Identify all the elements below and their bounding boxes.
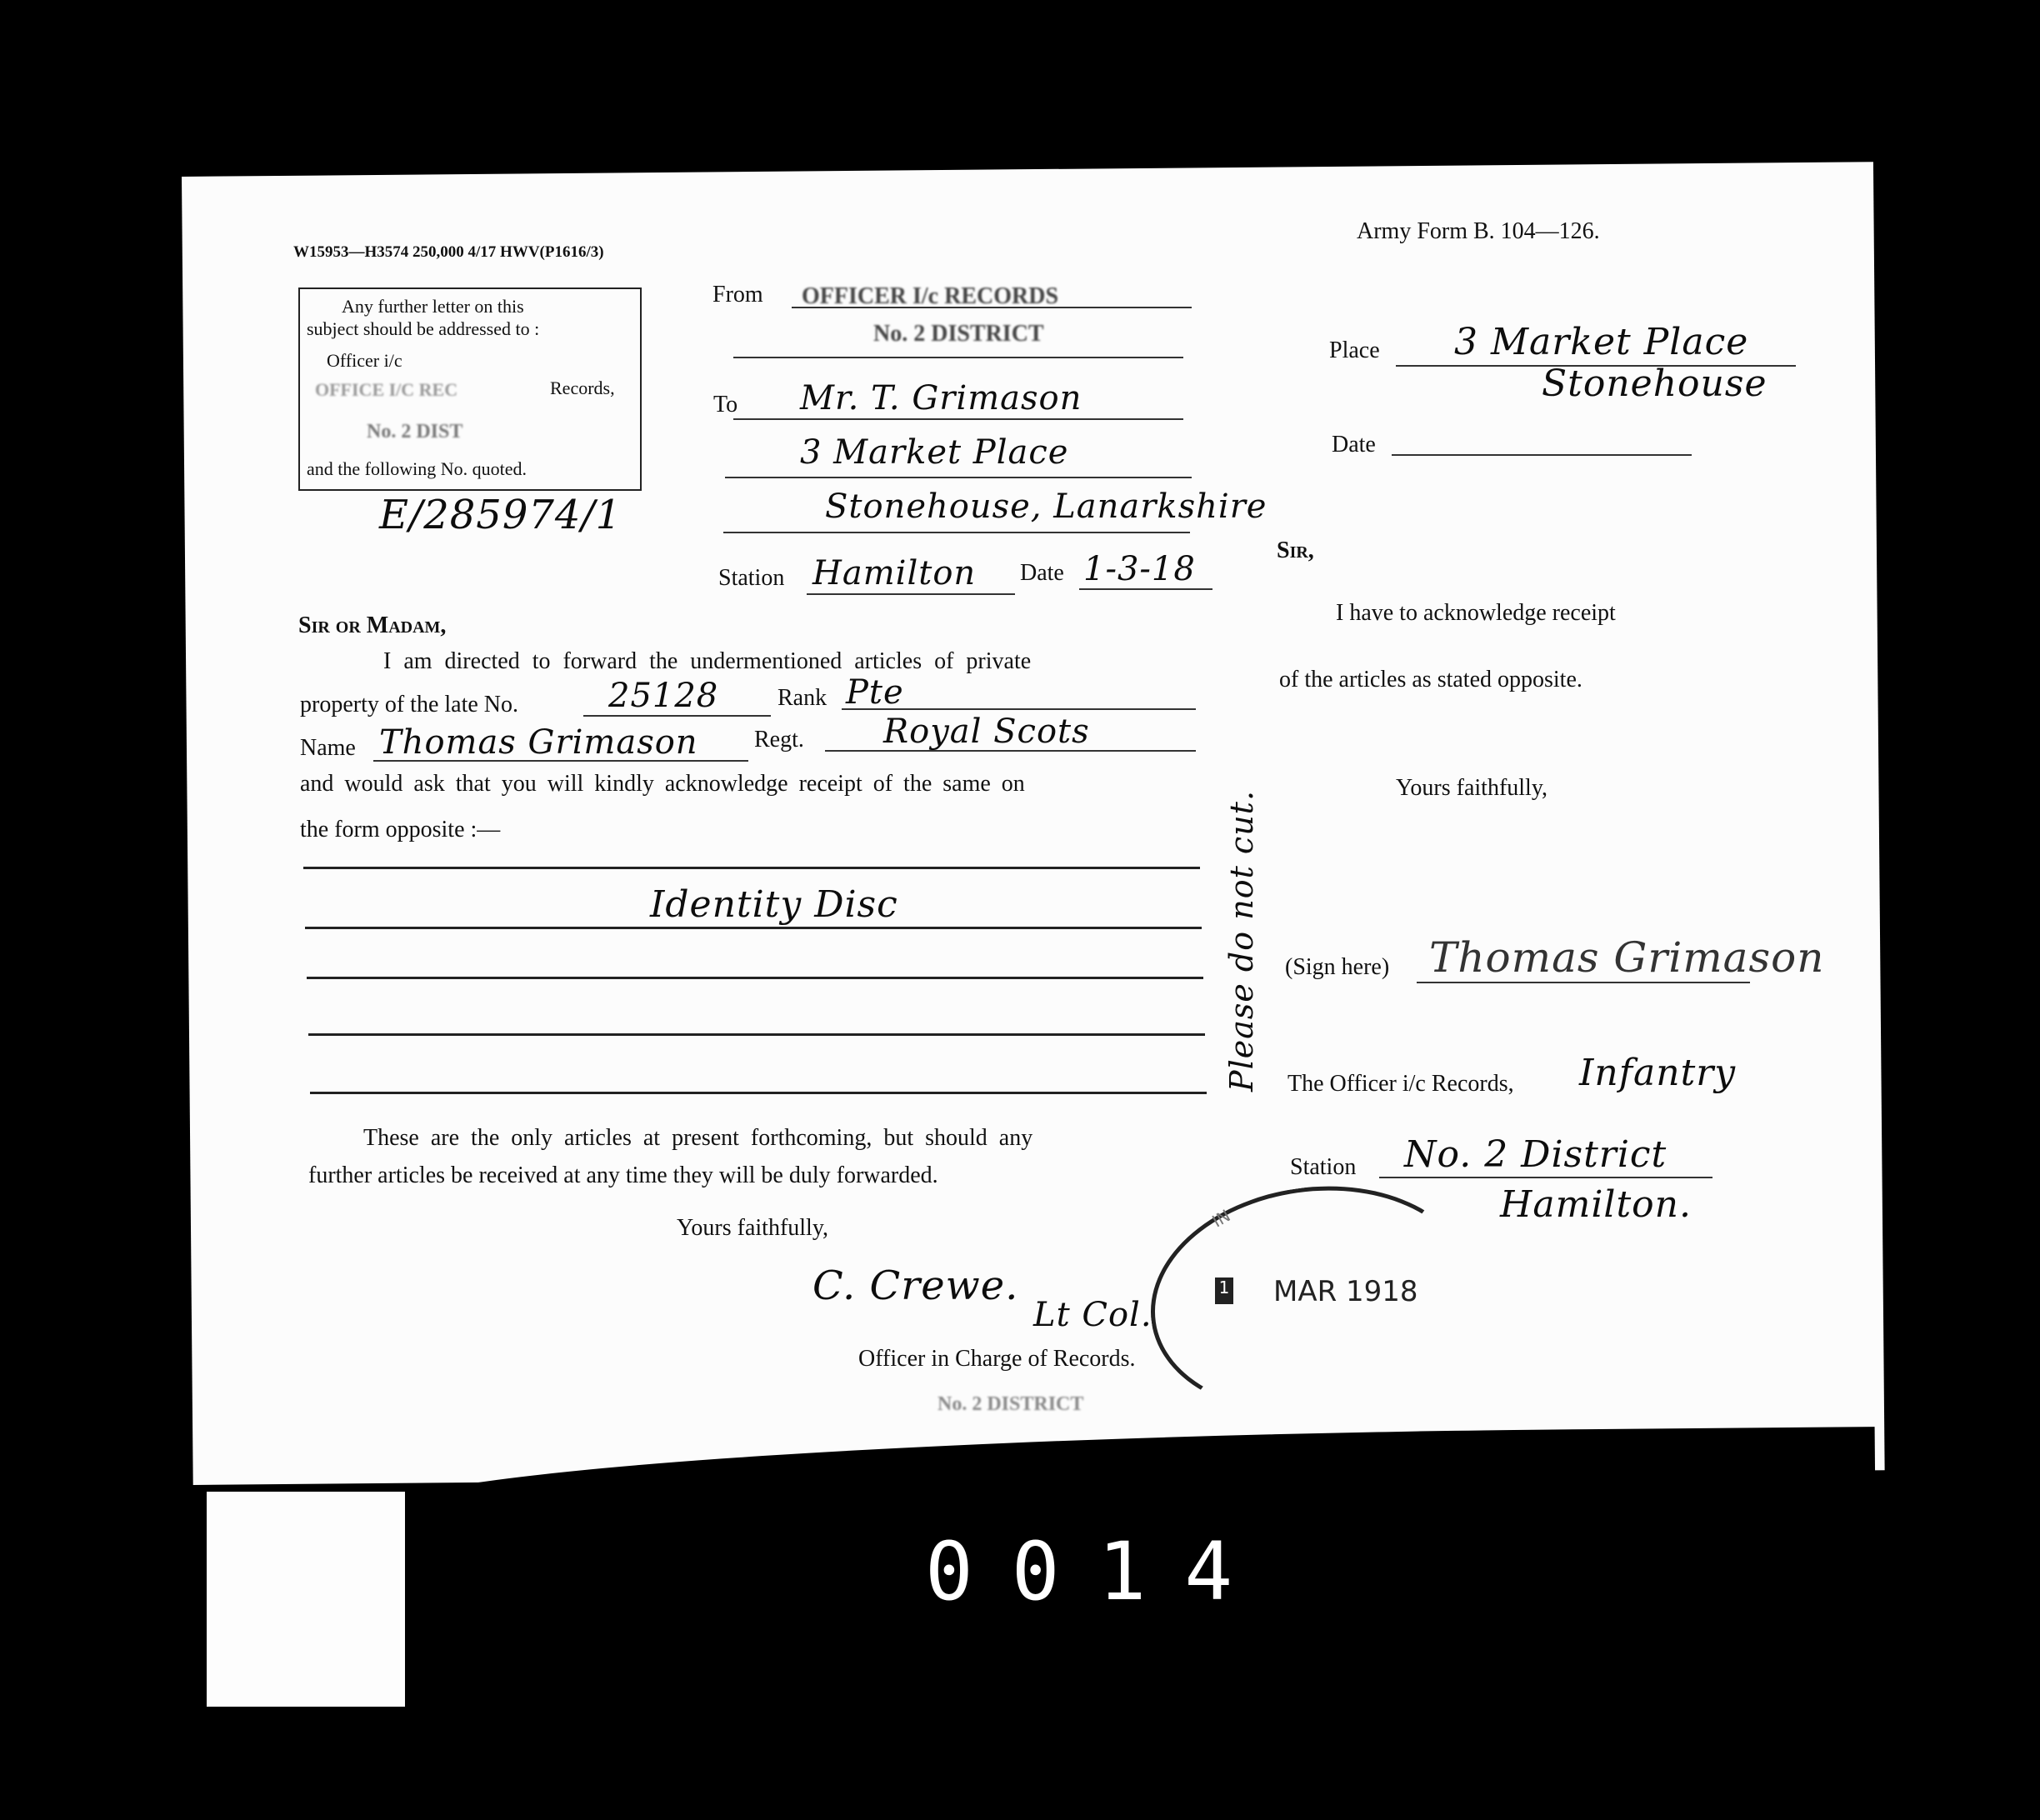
frame-counter: 0014 (925, 1525, 1271, 1618)
para1-line1: I am directed to forward the undermentio… (383, 648, 1031, 675)
para2-line1: These are the only articles at present f… (363, 1125, 1032, 1152)
para1-line2: property of the late No. (300, 692, 518, 718)
from-stamp-line2: No. 2 DISTRICT (873, 321, 1044, 347)
article-rule-0 (303, 867, 1200, 869)
station-line (807, 593, 1015, 595)
salutation: Sir or Madam, (298, 612, 446, 639)
receipt-date-label: Date (1332, 432, 1376, 458)
to-address-line2: 3 Market Place (800, 433, 1068, 472)
date-value: 1-3-18 (1083, 550, 1196, 588)
date-stamp-date: MAR 1918 (1273, 1275, 1418, 1308)
station-label: Station (718, 565, 784, 592)
receipt-station-line2: Hamilton. (1500, 1183, 1692, 1226)
signatory-stamp: No. 2 DISTRICT (937, 1393, 1083, 1416)
station-value: Hamilton (812, 554, 976, 592)
recipient-signature: Thomas Grimason (1429, 933, 1824, 982)
sign-here-label: (Sign here) (1285, 954, 1389, 981)
receipt-body-line1: I have to acknowledge receipt (1336, 600, 1616, 627)
receipt-date-line (1392, 454, 1692, 456)
closing: Yours faithfully, (677, 1215, 828, 1242)
receipt-officer-label: The Officer i/c Records, (1287, 1071, 1514, 1097)
to-line1 (733, 418, 1183, 420)
from-line2 (733, 357, 1183, 358)
receipt-body-line2: of the articles as stated opposite. (1279, 667, 1582, 693)
para2-line2: further articles be received at any time… (308, 1162, 938, 1189)
address-box-stamp2: No. 2 DIST (367, 421, 462, 443)
from-line1 (792, 307, 1192, 308)
address-box-stamp1: OFFICE I/C REC (315, 379, 457, 401)
soldier-number: 25128 (608, 677, 718, 715)
margin-note: Please do not cut. (1223, 790, 1260, 1092)
paper-tab (207, 1492, 405, 1707)
receipt-place-label: Place (1329, 337, 1380, 364)
receipt-closing: Yours faithfully, (1396, 775, 1547, 802)
to-label: To (713, 392, 737, 418)
receipt-station-line (1379, 1177, 1712, 1178)
receipt-station-label: Station (1290, 1154, 1356, 1181)
to-line3 (723, 532, 1190, 533)
date-label: Date (1020, 560, 1064, 587)
article-rule-1 (305, 927, 1202, 929)
para1-line5: the form opposite :— (300, 817, 500, 843)
rank-line (842, 708, 1196, 710)
name-value: Thomas Grimason (379, 723, 698, 762)
print-code: W15953—H3574 250,000 4/17 HWV(P1616/3) (293, 243, 604, 262)
form-number: Army Form B. 104—126. (1357, 218, 1600, 245)
officer-signature: C. Crewe. (812, 1262, 1018, 1309)
receipt-place-line2: Stonehouse (1542, 362, 1767, 405)
name-line (373, 760, 748, 762)
receipt-salutation: Sir, (1277, 537, 1314, 564)
regt-value: Royal Scots (883, 712, 1090, 751)
address-box-line-last: and the following No. quoted. (307, 458, 527, 480)
date-line (1079, 588, 1212, 590)
reference-number: E/285974/1 (379, 492, 622, 538)
number-line (583, 715, 771, 717)
from-label: From (712, 282, 763, 308)
article-rule-4 (310, 1092, 1207, 1094)
receipt-station-line1: No. 2 District (1404, 1133, 1667, 1176)
para1-line4: and would ask that you will kindly ackno… (300, 771, 1025, 797)
officer-rank: Lt Col. (1033, 1296, 1152, 1334)
signatory-title: Officer in Charge of Records. (858, 1346, 1136, 1372)
address-box-line3: Officer i/c (327, 350, 402, 372)
article-rule-2 (307, 977, 1203, 979)
address-box-line1: Any further letter on this (342, 296, 524, 317)
receipt-officer-value: Infantry (1579, 1052, 1736, 1094)
name-label: Name (300, 735, 356, 762)
article-rule-3 (308, 1033, 1205, 1036)
rank-value: Pte (846, 673, 904, 712)
to-name: Mr. T. Grimason (800, 379, 1082, 417)
to-address-line3: Stonehouse, Lanarkshire (825, 487, 1267, 526)
to-line2 (725, 477, 1192, 478)
address-box-line2: subject should be addressed to : (307, 318, 539, 340)
receipt-place-line1: 3 Market Place (1454, 321, 1748, 363)
sign-line (1417, 982, 1750, 983)
article-item-1: Identity Disc (650, 883, 898, 926)
regt-label: Regt. (754, 727, 804, 753)
regt-line (825, 750, 1196, 752)
date-stamp-day: 1 (1215, 1277, 1233, 1304)
address-box-records: Records, (550, 377, 615, 399)
rank-label: Rank (777, 685, 827, 712)
